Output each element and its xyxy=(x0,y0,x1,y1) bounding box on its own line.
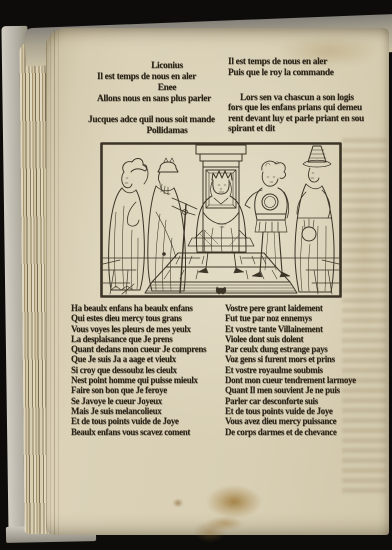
verse-line: Et de tous points vuide de Joye xyxy=(225,406,389,416)
speaker-name: Liconius xyxy=(97,61,237,72)
speaker-name: Enee xyxy=(97,83,237,94)
verse-line: Se Javoye le cueur Joyeux xyxy=(71,396,224,406)
verse-line: Et vostre royaulme soubmis xyxy=(225,365,389,375)
verse-line: Faire son bon que Je feroye xyxy=(71,385,224,395)
verse-line: fors que les enfans prians qui demeu xyxy=(228,103,388,113)
stain-bottom-center xyxy=(200,485,262,533)
top-left-speech-column: Liconius Il est temps de nous en aler En… xyxy=(97,61,237,137)
verse-line: Quant Il men souvient Je ne puis xyxy=(225,385,389,395)
woodcut-illustration xyxy=(100,142,342,298)
verse-line: Violee dont suis dolent xyxy=(225,334,389,344)
top-right-speech-column: Il est temps de nous en aler Puis que le… xyxy=(228,57,388,135)
verse-line: Puis que le roy la commande xyxy=(228,68,388,79)
bottom-right-verse-column: Vostre pere grant laidementFut tue par n… xyxy=(225,303,389,437)
woodcut-frame xyxy=(102,144,341,297)
verse-line: Voz gens si furent mors et prins xyxy=(225,354,389,364)
bottom-left-verse-column: Ha beaulx enfans ha beaulx enfansQui est… xyxy=(71,303,224,437)
verse-line: Si croy que dessoubz les cieulx xyxy=(71,365,224,375)
verse-line: spirant et dit xyxy=(228,124,388,134)
photograph-of-open-book: { "colors": { "background": "#0d0c0a", "… xyxy=(0,0,392,550)
verse-line: Et de tous points vuide de Joye xyxy=(71,416,224,426)
stain-bottom-tail xyxy=(192,520,228,544)
verse-line: Vostre pere grant laidement xyxy=(225,303,389,313)
verse-line: Que Je suis Ja a aage et vieulx xyxy=(71,354,224,364)
prose-paragraph: Lors sen va chascun a son logisfors que … xyxy=(228,93,388,135)
verse-line: Nest point homme qui puisse mieulx xyxy=(71,375,224,385)
verse-line: La desplaisance que Je prens xyxy=(71,334,224,344)
verse-line: Vous avez dieu mercy puissance xyxy=(225,416,389,426)
verse-line: Mais Je suis melancolieux xyxy=(71,406,224,416)
stain-small-dot xyxy=(172,498,184,508)
verse-line: Jucques adce quil nous soit mande xyxy=(88,115,237,126)
speaker-name: Pollidamas xyxy=(97,126,237,137)
verse-line: Fut tue par noz ennemys xyxy=(225,313,389,323)
verse-line: Beaulx enfans vous scavez coment xyxy=(71,427,224,437)
verse-line: Dont mon cueur tendrement larmoye xyxy=(225,375,389,385)
verse-line: Qui estes dieu mercy tous grans xyxy=(71,313,224,323)
verse-line: Et vostre tante Villainement xyxy=(225,324,389,334)
verse-line: Vous voyes les pleurs de mes yeulx xyxy=(71,324,224,334)
book-page: Liconius Il est temps de nous en aler En… xyxy=(46,28,389,535)
verse-line: Il est temps de nous en aler xyxy=(97,72,237,83)
verse-line: Quant dedans mon cueur Je comprens xyxy=(71,344,224,354)
verse-line: Ha beaulx enfans ha beaulx enfans xyxy=(71,303,224,313)
verse-line: Lors sen va chascun a son logis xyxy=(228,93,388,103)
verse-line: De corps darmes et de chevance xyxy=(225,427,389,437)
verse-line: Allons nous en sans plus parler xyxy=(97,94,237,105)
verse-line: rent devant luy et parle priant en sou xyxy=(228,114,388,124)
verse-line: Il est temps de nous en aler xyxy=(228,57,388,68)
verse-line: Parler car desconforte suis xyxy=(225,396,389,406)
bearded-elder-figure xyxy=(148,158,197,293)
squire-figure xyxy=(245,161,290,277)
verse-line: Par ceulx dung estrange pays xyxy=(225,344,389,354)
